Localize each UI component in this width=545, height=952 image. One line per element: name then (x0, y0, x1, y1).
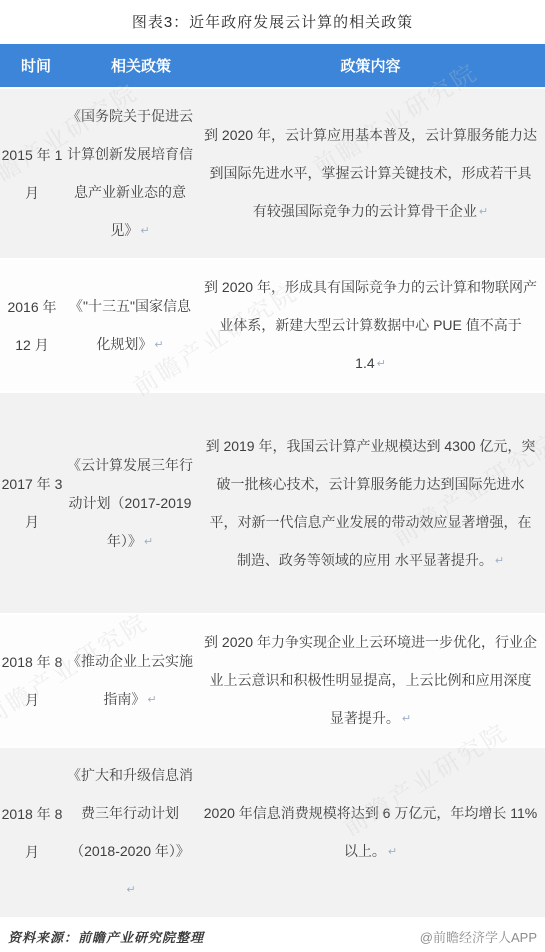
return-mark: ↵ (147, 694, 156, 706)
figure-page: 图表3：近年政府发展云计算的相关政策 时间 相关政策 政策内容 2015 年 1… (0, 0, 545, 952)
return-mark: ↵ (377, 358, 386, 370)
content-cell: 到 2020 年力争实现企业上云环境进一步优化，行业企业上云意识和积极性明显提高… (196, 615, 545, 746)
policy-text: 《云计算发展三年行动计划（2017-2019 年）》 (67, 457, 193, 549)
return-mark: ↵ (495, 555, 504, 567)
content-cell: 到 2020 年，形成具有国际竞争力的云计算和物联网产业体系，新建大型云计算数据… (196, 260, 545, 391)
return-mark: ↵ (388, 846, 397, 858)
content-cell: 到 2020 年，云计算应用基本普及，云计算服务能力达到国际先进水平，掌握云计算… (196, 89, 545, 258)
policy-table: 时间 相关政策 政策内容 2015 年 1 月 《国务院关于促进云计算创新发展培… (0, 44, 545, 919)
content-text: 到 2020 年，形成具有国际竞争力的云计算和物联网产业体系，新建大型云计算数据… (204, 279, 537, 371)
time-cell: 2017 年 3 月 (0, 393, 64, 613)
content-text: 2020 年信息消费规模将达到 6 万亿元，年均增长 11%以上。 (204, 805, 537, 859)
brand-credit: @前瞻经济学人APP (420, 927, 537, 946)
time-cell: 2016 年 12 月 (0, 260, 64, 391)
policy-cell: 《扩大和升级信息消费三年行动计划（2018-2020 年）》↵ (64, 748, 196, 917)
policy-text: 《扩大和升级信息消费三年行动计划（2018-2020 年）》 (67, 767, 193, 859)
table-row: 2015 年 1 月 《国务院关于促进云计算创新发展培育信息产业新业态的意见》↵… (0, 89, 545, 260)
policy-text: 《国务院关于促进云计算创新发展培育信息产业新业态的意见》 (67, 108, 193, 238)
time-cell: 2015 年 1 月 (0, 89, 64, 258)
table-header-row: 时间 相关政策 政策内容 (0, 44, 545, 89)
policy-cell: 《"十三五"国家信息化规划》↵ (64, 260, 196, 391)
return-mark: ↵ (402, 713, 411, 725)
column-header-time: 时间 (0, 55, 64, 76)
policy-text: 《"十三五"国家信息化规划》 (69, 298, 191, 352)
table-row: 2018 年 8 月 《推动企业上云实施指南》↵ 到 2020 年力争实现企业上… (0, 615, 545, 748)
time-cell: 2018 年 8 月 (0, 615, 64, 746)
return-mark: ↵ (479, 206, 488, 218)
table-row: 2018 年 8 月 《扩大和升级信息消费三年行动计划（2018-2020 年）… (0, 748, 545, 919)
return-mark: ↵ (154, 339, 163, 351)
return-mark: ↵ (144, 536, 153, 548)
policy-text: 《推动企业上云实施指南》 (67, 653, 193, 707)
content-text: 到 2020 年力争实现企业上云环境进一步优化，行业企业上云意识和积极性明显提高… (204, 634, 537, 726)
chart-title: 图表3：近年政府发展云计算的相关政策 (0, 0, 545, 44)
source-note: 资料来源：前瞻产业研究院整理 (8, 927, 204, 946)
column-header-content: 政策内容 (196, 55, 545, 76)
return-mark: ↵ (126, 884, 135, 896)
table-footer: 资料来源：前瞻产业研究院整理 @前瞻经济学人APP (0, 919, 545, 952)
column-header-policy: 相关政策 (64, 55, 196, 76)
time-cell: 2018 年 8 月 (0, 748, 64, 917)
policy-cell: 《推动企业上云实施指南》↵ (64, 615, 196, 746)
table-row: 2017 年 3 月 《云计算发展三年行动计划（2017-2019 年）》↵ 到… (0, 393, 545, 615)
content-cell: 2020 年信息消费规模将达到 6 万亿元，年均增长 11%以上。↵ (196, 748, 545, 917)
policy-cell: 《国务院关于促进云计算创新发展培育信息产业新业态的意见》↵ (64, 89, 196, 258)
return-mark: ↵ (140, 225, 149, 237)
policy-cell: 《云计算发展三年行动计划（2017-2019 年）》↵ (64, 393, 196, 613)
content-text: 到 2019 年，我国云计算产业规模达到 4300 亿元，突破一批核心技术，云计… (206, 438, 536, 568)
content-cell: 到 2019 年，我国云计算产业规模达到 4300 亿元，突破一批核心技术，云计… (196, 393, 545, 613)
table-row: 2016 年 12 月 《"十三五"国家信息化规划》↵ 到 2020 年，形成具… (0, 260, 545, 393)
